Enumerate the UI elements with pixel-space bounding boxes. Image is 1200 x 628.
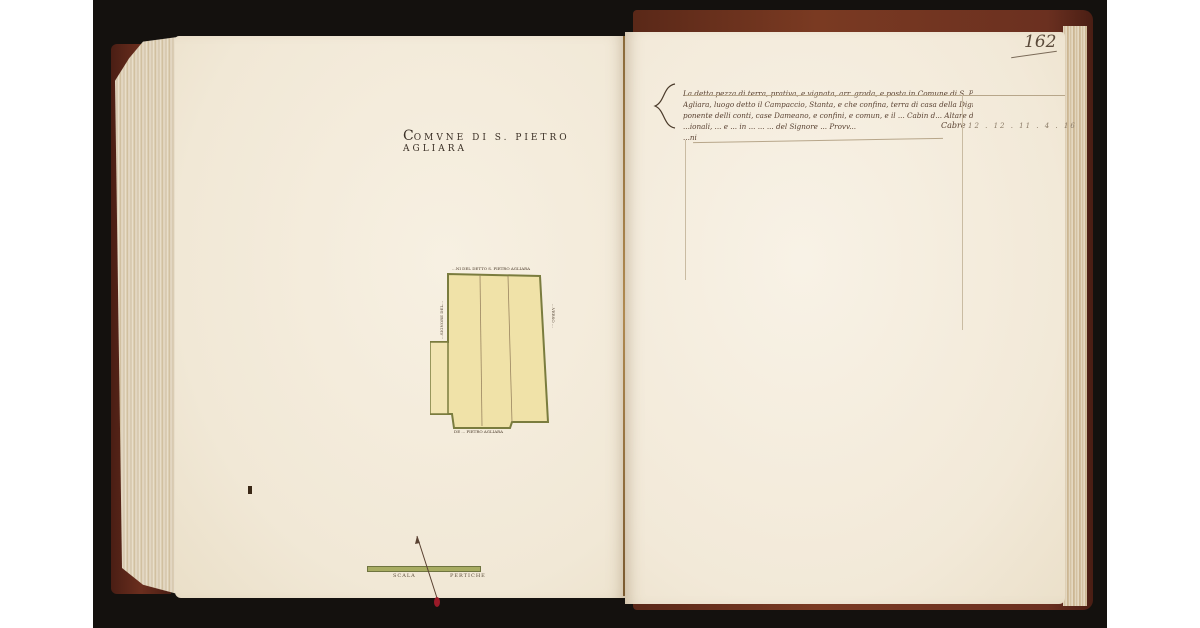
right-page-stack [1063,26,1087,606]
value-figures: 12 . 12 . 11 . 4 . 16 [968,122,1077,130]
map-label-bottom: DE ... PIETRO AGLIARA [454,429,503,434]
title-initial: C [403,128,414,144]
parcel-description: La detta pezza di terra, prativa, e vign… [683,88,973,143]
decorative-brace-icon [653,82,677,130]
description-line: ...ionali, ... e ... in ... ... ... del … [683,121,973,132]
map-label-right: ...VERSO ... [551,304,556,328]
map-label-top: ...NI DEL DETTO S. PIETRO AGLIARA [452,266,530,271]
ruled-margin-right [962,95,963,330]
title-text: OMVNE DI S. PIETRO AGLIARA [403,133,570,154]
description-line: ponente delli conti, case Dameano, e con… [683,110,973,121]
description-line: La detta pezza di terra, prativa, e vign… [683,88,973,99]
map-label-left: ...SIGNORE DEL... [439,301,444,339]
description-line: Agliara, luogo detto il Campaccio, Stant… [683,99,973,110]
book-photograph: COMVNE DI S. PIETRO AGLIARA ...NI DEL DE… [93,0,1107,628]
scale-unit-label: PERTICHE [450,573,486,579]
binding-thread [248,486,252,494]
ruled-line-top [685,95,1065,96]
left-page: COMVNE DI S. PIETRO AGLIARA ...NI DEL DE… [175,36,625,598]
ruled-margin-left [685,140,686,280]
folio-number: 162 [1024,32,1056,52]
parcel-map: ...NI DEL DETTO S. PIETRO AGLIARA DE ...… [430,264,560,434]
page-title: COMVNE DI S. PIETRO AGLIARA [403,128,625,154]
north-arrow-icon [413,534,443,614]
